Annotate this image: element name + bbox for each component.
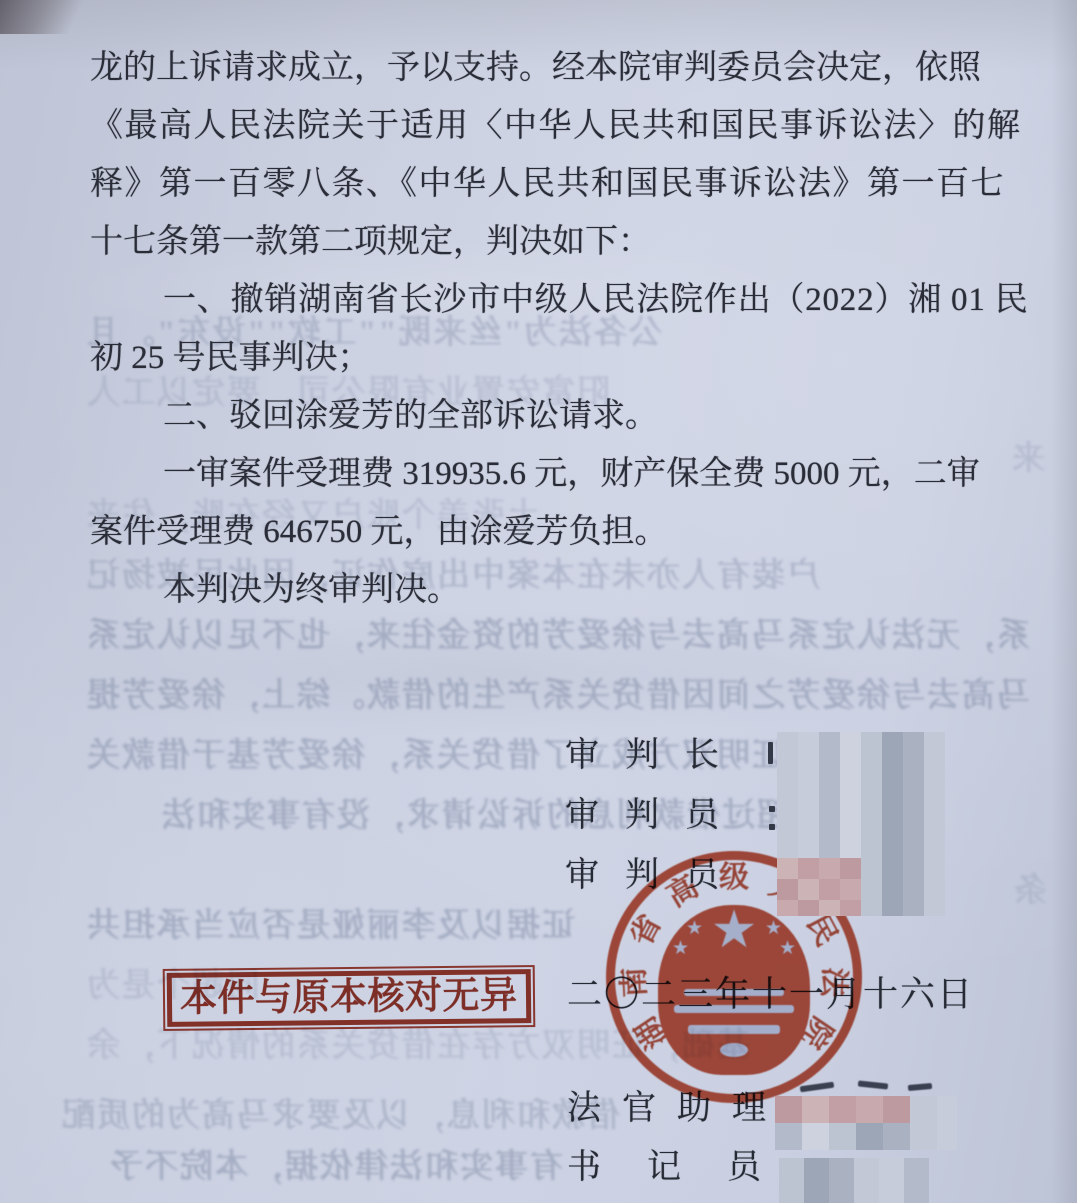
body-line-8: 一审案件受理费 319935.6 元，财产保全费 5000 元，二审 xyxy=(163,454,980,494)
emblem-slat xyxy=(688,1025,780,1034)
photo-corner-shadow xyxy=(0,0,120,34)
small-star-icon: ★ xyxy=(765,919,782,939)
small-star-icon: ★ xyxy=(779,939,796,959)
presiding-judge-label: 审判长 xyxy=(565,738,745,774)
verification-stamp-text: 本件与原本核对无异 xyxy=(167,969,531,1027)
body-line-7: 二、驳回涂爱芳的全部诉讼请求。 xyxy=(163,396,658,436)
emblem-slat xyxy=(674,1005,794,1013)
name-ink-fragment xyxy=(769,806,775,812)
redacted-clerk-name xyxy=(779,1158,929,1203)
emblem-gate xyxy=(720,1043,748,1057)
redacted-judge-names xyxy=(777,732,945,916)
scanned-judgment-page: { "document": { "body_lines": [ {"text":… xyxy=(0,0,1077,1203)
seal-arc-char: 级 xyxy=(716,860,752,896)
body-line-5: 一、撤销湖南省长沙市中级人民法院作出（2022）湘 01 民 xyxy=(163,280,1029,320)
seal-arc-char: 南 xyxy=(616,963,654,1001)
redacted-assistant-name xyxy=(775,1096,957,1150)
small-star-icon: ★ xyxy=(686,919,703,939)
national-emblem-icon: ★ ★ ★ ★ ★ xyxy=(658,905,810,1075)
name-ink-fragment xyxy=(769,824,775,830)
body-line-9: 案件受理费 646750 元，由涂爱芳负担。 xyxy=(90,512,668,552)
judge-label: 审判员 xyxy=(565,798,745,834)
page-right-edge-shade xyxy=(1051,0,1077,1203)
emblem-slat xyxy=(684,989,784,996)
body-line-2: 《最高人民法院关于适用〈中华人民共和国民事诉讼法〉的解 xyxy=(90,106,1022,146)
big-star-icon: ★ xyxy=(711,903,758,959)
body-line-10: 本判决为终审判决。 xyxy=(163,570,460,610)
verification-stamp: 本件与原本核对无异 xyxy=(163,965,535,1031)
small-star-icon: ★ xyxy=(672,939,689,959)
body-line-4: 十七条第一款第二项规定，判决如下： xyxy=(90,222,651,262)
body-line-3: 释》第一百零八条、《中华人民共和国民事诉讼法》第一百七 xyxy=(90,164,1005,204)
court-clerk-label: 书记员 xyxy=(567,1150,807,1186)
body-line-1: 龙的上诉请求成立，予以支持。经本院审判委员会决定，依照 xyxy=(90,48,981,88)
seal-arc-char: 法 xyxy=(814,963,852,1001)
body-line-6: 初 25 号民事判决； xyxy=(90,338,371,378)
name-ink-fragment xyxy=(768,742,773,764)
